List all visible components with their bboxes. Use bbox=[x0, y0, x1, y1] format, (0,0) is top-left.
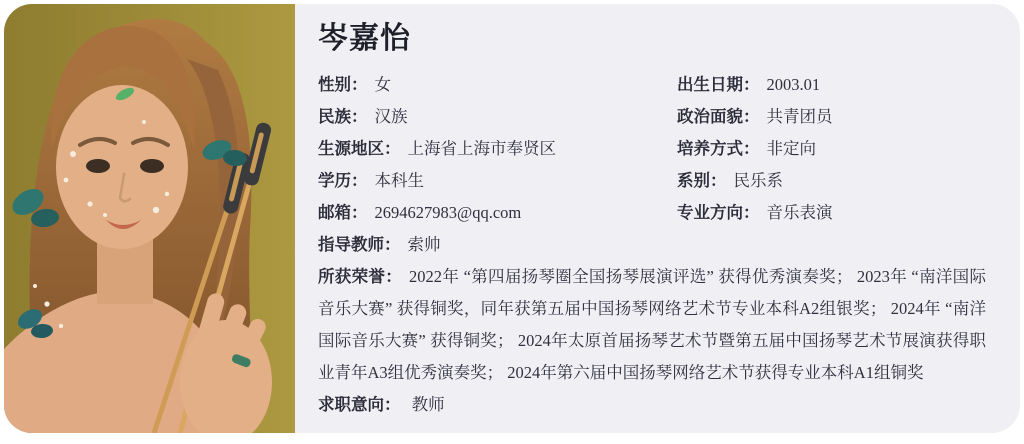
field-email-label: 邮箱： bbox=[318, 197, 368, 229]
field-birth-date-label: 出生日期： bbox=[677, 69, 760, 101]
field-gender-label: 性别： bbox=[318, 69, 368, 101]
fields-grid: 性别： 女 出生日期： 2003.01 民族： 汉族 政治面貌： bbox=[318, 69, 986, 261]
field-ethnicity: 民族： 汉族 bbox=[318, 101, 677, 133]
field-origin-region-label: 生源地区： bbox=[318, 133, 401, 165]
field-advisor-value: 索帅 bbox=[408, 229, 441, 261]
field-advisor: 指导教师： 索帅 bbox=[318, 229, 677, 261]
field-advisor-label: 指导教师： bbox=[318, 229, 401, 261]
field-row: 指导教师： 索帅 bbox=[318, 229, 986, 261]
field-row: 生源地区： 上海省上海市奉贤区 培养方式： 非定向 bbox=[318, 133, 986, 165]
field-origin-region-value: 上海省上海市奉贤区 bbox=[408, 133, 557, 165]
eye-right bbox=[140, 159, 164, 173]
field-gender-value: 女 bbox=[375, 69, 392, 101]
field-political-status: 政治面貌： 共青团员 bbox=[677, 101, 986, 133]
field-political-status-label: 政治面貌： bbox=[677, 101, 760, 133]
field-department-label: 系别： bbox=[677, 165, 727, 197]
portrait-illustration bbox=[4, 4, 295, 433]
resume-card: 岑嘉怡 性别： 女 出生日期： 2003.01 民族： 汉族 bbox=[4, 4, 1020, 433]
page: 岑嘉怡 性别： 女 出生日期： 2003.01 民族： 汉族 bbox=[0, 0, 1024, 444]
field-email: 邮箱： 2694627983@qq.com bbox=[318, 197, 677, 229]
field-department-value: 民乐系 bbox=[734, 165, 784, 197]
field-gender: 性别： 女 bbox=[318, 69, 677, 101]
field-training-mode: 培养方式： 非定向 bbox=[677, 133, 986, 165]
field-education-label: 学历： bbox=[318, 165, 368, 197]
field-origin-region: 生源地区： 上海省上海市奉贤区 bbox=[318, 133, 677, 165]
job-intention-value: 教师 bbox=[412, 395, 445, 414]
field-training-mode-value: 非定向 bbox=[767, 133, 817, 165]
field-major-value: 音乐表演 bbox=[767, 197, 833, 229]
honors-text: 2022年 “第四届扬琴圈全国扬琴展演评选” 获得优秀演奏奖； 2023年 “南… bbox=[318, 267, 986, 382]
job-intention-label: 求职意向： bbox=[318, 395, 401, 414]
eye-left bbox=[86, 159, 110, 173]
field-ethnicity-label: 民族： bbox=[318, 101, 368, 133]
honors-section: 所获荣誉：2022年 “第四届扬琴圈全国扬琴展演评选” 获得优秀演奏奖； 202… bbox=[318, 261, 986, 389]
field-political-status-value: 共青团员 bbox=[767, 101, 833, 133]
field-birth-date: 出生日期： 2003.01 bbox=[677, 69, 986, 101]
field-education: 学历： 本科生 bbox=[318, 165, 677, 197]
field-department: 系别： 民乐系 bbox=[677, 165, 986, 197]
field-row: 民族： 汉族 政治面貌： 共青团员 bbox=[318, 101, 986, 133]
field-birth-date-value: 2003.01 bbox=[767, 69, 821, 101]
profile-photo bbox=[4, 4, 295, 433]
field-row: 邮箱： 2694627983@qq.com 专业方向： 音乐表演 bbox=[318, 197, 986, 229]
field-training-mode-label: 培养方式： bbox=[677, 133, 760, 165]
field-email-value: 2694627983@qq.com bbox=[375, 197, 522, 229]
field-row: 学历： 本科生 系别： 民乐系 bbox=[318, 165, 986, 197]
field-major: 专业方向： 音乐表演 bbox=[677, 197, 986, 229]
face bbox=[56, 85, 188, 249]
info-panel: 岑嘉怡 性别： 女 出生日期： 2003.01 民族： 汉族 bbox=[295, 4, 1020, 433]
candidate-name: 岑嘉怡 bbox=[318, 21, 986, 57]
honors-label: 所获荣誉： bbox=[318, 267, 402, 286]
job-intention: 求职意向： 教师 bbox=[318, 389, 986, 421]
field-ethnicity-value: 汉族 bbox=[375, 101, 408, 133]
field-education-value: 本科生 bbox=[375, 165, 425, 197]
field-row: 性别： 女 出生日期： 2003.01 bbox=[318, 69, 986, 101]
field-major-label: 专业方向： bbox=[677, 197, 760, 229]
